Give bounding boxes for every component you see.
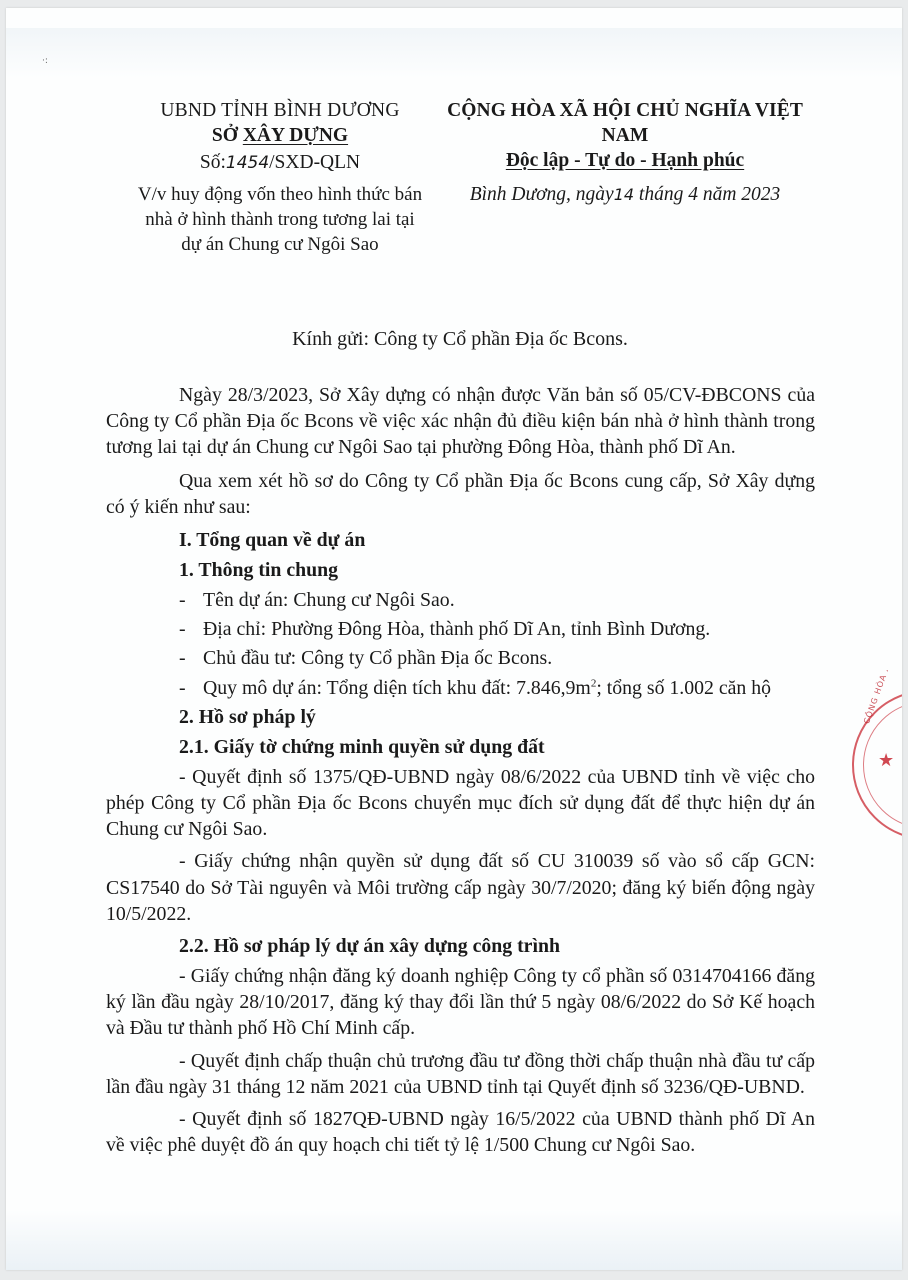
- section-heading: I. Tổng quan về dự án: [106, 527, 815, 553]
- list-item: - Quyết định số 1827QĐ-UBND ngày 16/5/20…: [106, 1106, 815, 1158]
- handwritten-day: 14: [614, 185, 634, 204]
- list-item: -Quy mô dự án: Tổng diện tích khu đất: 7…: [106, 675, 815, 701]
- issuing-department: SỞ XÂY DỰNG: [100, 123, 460, 148]
- document-body: Ngày 28/3/2023, Sở Xây dựng có nhận được…: [106, 382, 815, 1164]
- list-item: -Địa chỉ: Phường Đông Hòa, thành phố Dĩ …: [106, 616, 815, 642]
- intro-paragraph: Qua xem xét hồ sơ do Công ty Cổ phần Địa…: [106, 468, 815, 520]
- intro-paragraph: Ngày 28/3/2023, Sở Xây dựng có nhận được…: [106, 382, 815, 461]
- list-item: - Quyết định chấp thuận chủ trương đầu t…: [106, 1048, 815, 1100]
- national-title: CỘNG HÒA XÃ HỘI CHỦ NGHĨA VIỆT NAM: [436, 98, 814, 148]
- list-item: -Tên dự án: Chung cư Ngôi Sao.: [106, 587, 815, 613]
- national-motto: Độc lập - Tự do - Hạnh phúc: [436, 148, 814, 173]
- subsection-heading: 2.2. Hồ sơ pháp lý dự án xây dựng công t…: [106, 933, 815, 959]
- seal-star-icon: ★: [878, 750, 894, 771]
- list-item: - Giấy chứng nhận đăng ký doanh nghiệp C…: [106, 963, 815, 1042]
- national-header: CỘNG HÒA XÃ HỘI CHỦ NGHĨA VIỆT NAM Độc l…: [436, 98, 814, 207]
- list-item: - Giấy chứng nhận quyền sử dụng đất số C…: [106, 848, 815, 927]
- subsection-heading: 1. Thông tin chung: [106, 557, 815, 583]
- issuer-header: UBND TỈNH BÌNH DƯƠNG SỞ XÂY DỰNG Số:1454…: [100, 98, 460, 257]
- document-page: ·: UBND TỈNH BÌNH DƯƠNG SỞ XÂY DỰNG Số:1…: [6, 8, 902, 1270]
- scan-speck: ·:: [42, 56, 48, 66]
- place-and-date: Bình Dương, ngày14 tháng 4 năm 2023: [436, 182, 814, 207]
- issuing-agency: UBND TỈNH BÌNH DƯƠNG: [100, 98, 460, 123]
- document-subject: V/v huy động vốn theo hình thức bán nhà …: [100, 182, 460, 257]
- subsection-heading: 2. Hồ sơ pháp lý: [106, 704, 815, 730]
- list-item: -Chủ đầu tư: Công ty Cổ phần Địa ốc Bcon…: [106, 645, 815, 671]
- subsection-heading: 2.1. Giấy tờ chứng minh quyền sử dụng đấ…: [106, 734, 815, 760]
- official-seal: CỘNG HÒA XÃ HỘI ★: [840, 670, 902, 860]
- document-number: Số:1454/SXD-QLN: [100, 150, 460, 176]
- seal-ring: CỘNG HÒA XÃ HỘI ★: [852, 690, 902, 840]
- salutation: Kính gửi: Công ty Cổ phần Địa ốc Bcons.: [12, 326, 908, 352]
- list-item: - Quyết định số 1375/QĐ-UBND ngày 08/6/2…: [106, 764, 815, 843]
- handwritten-number: 1454: [226, 153, 269, 173]
